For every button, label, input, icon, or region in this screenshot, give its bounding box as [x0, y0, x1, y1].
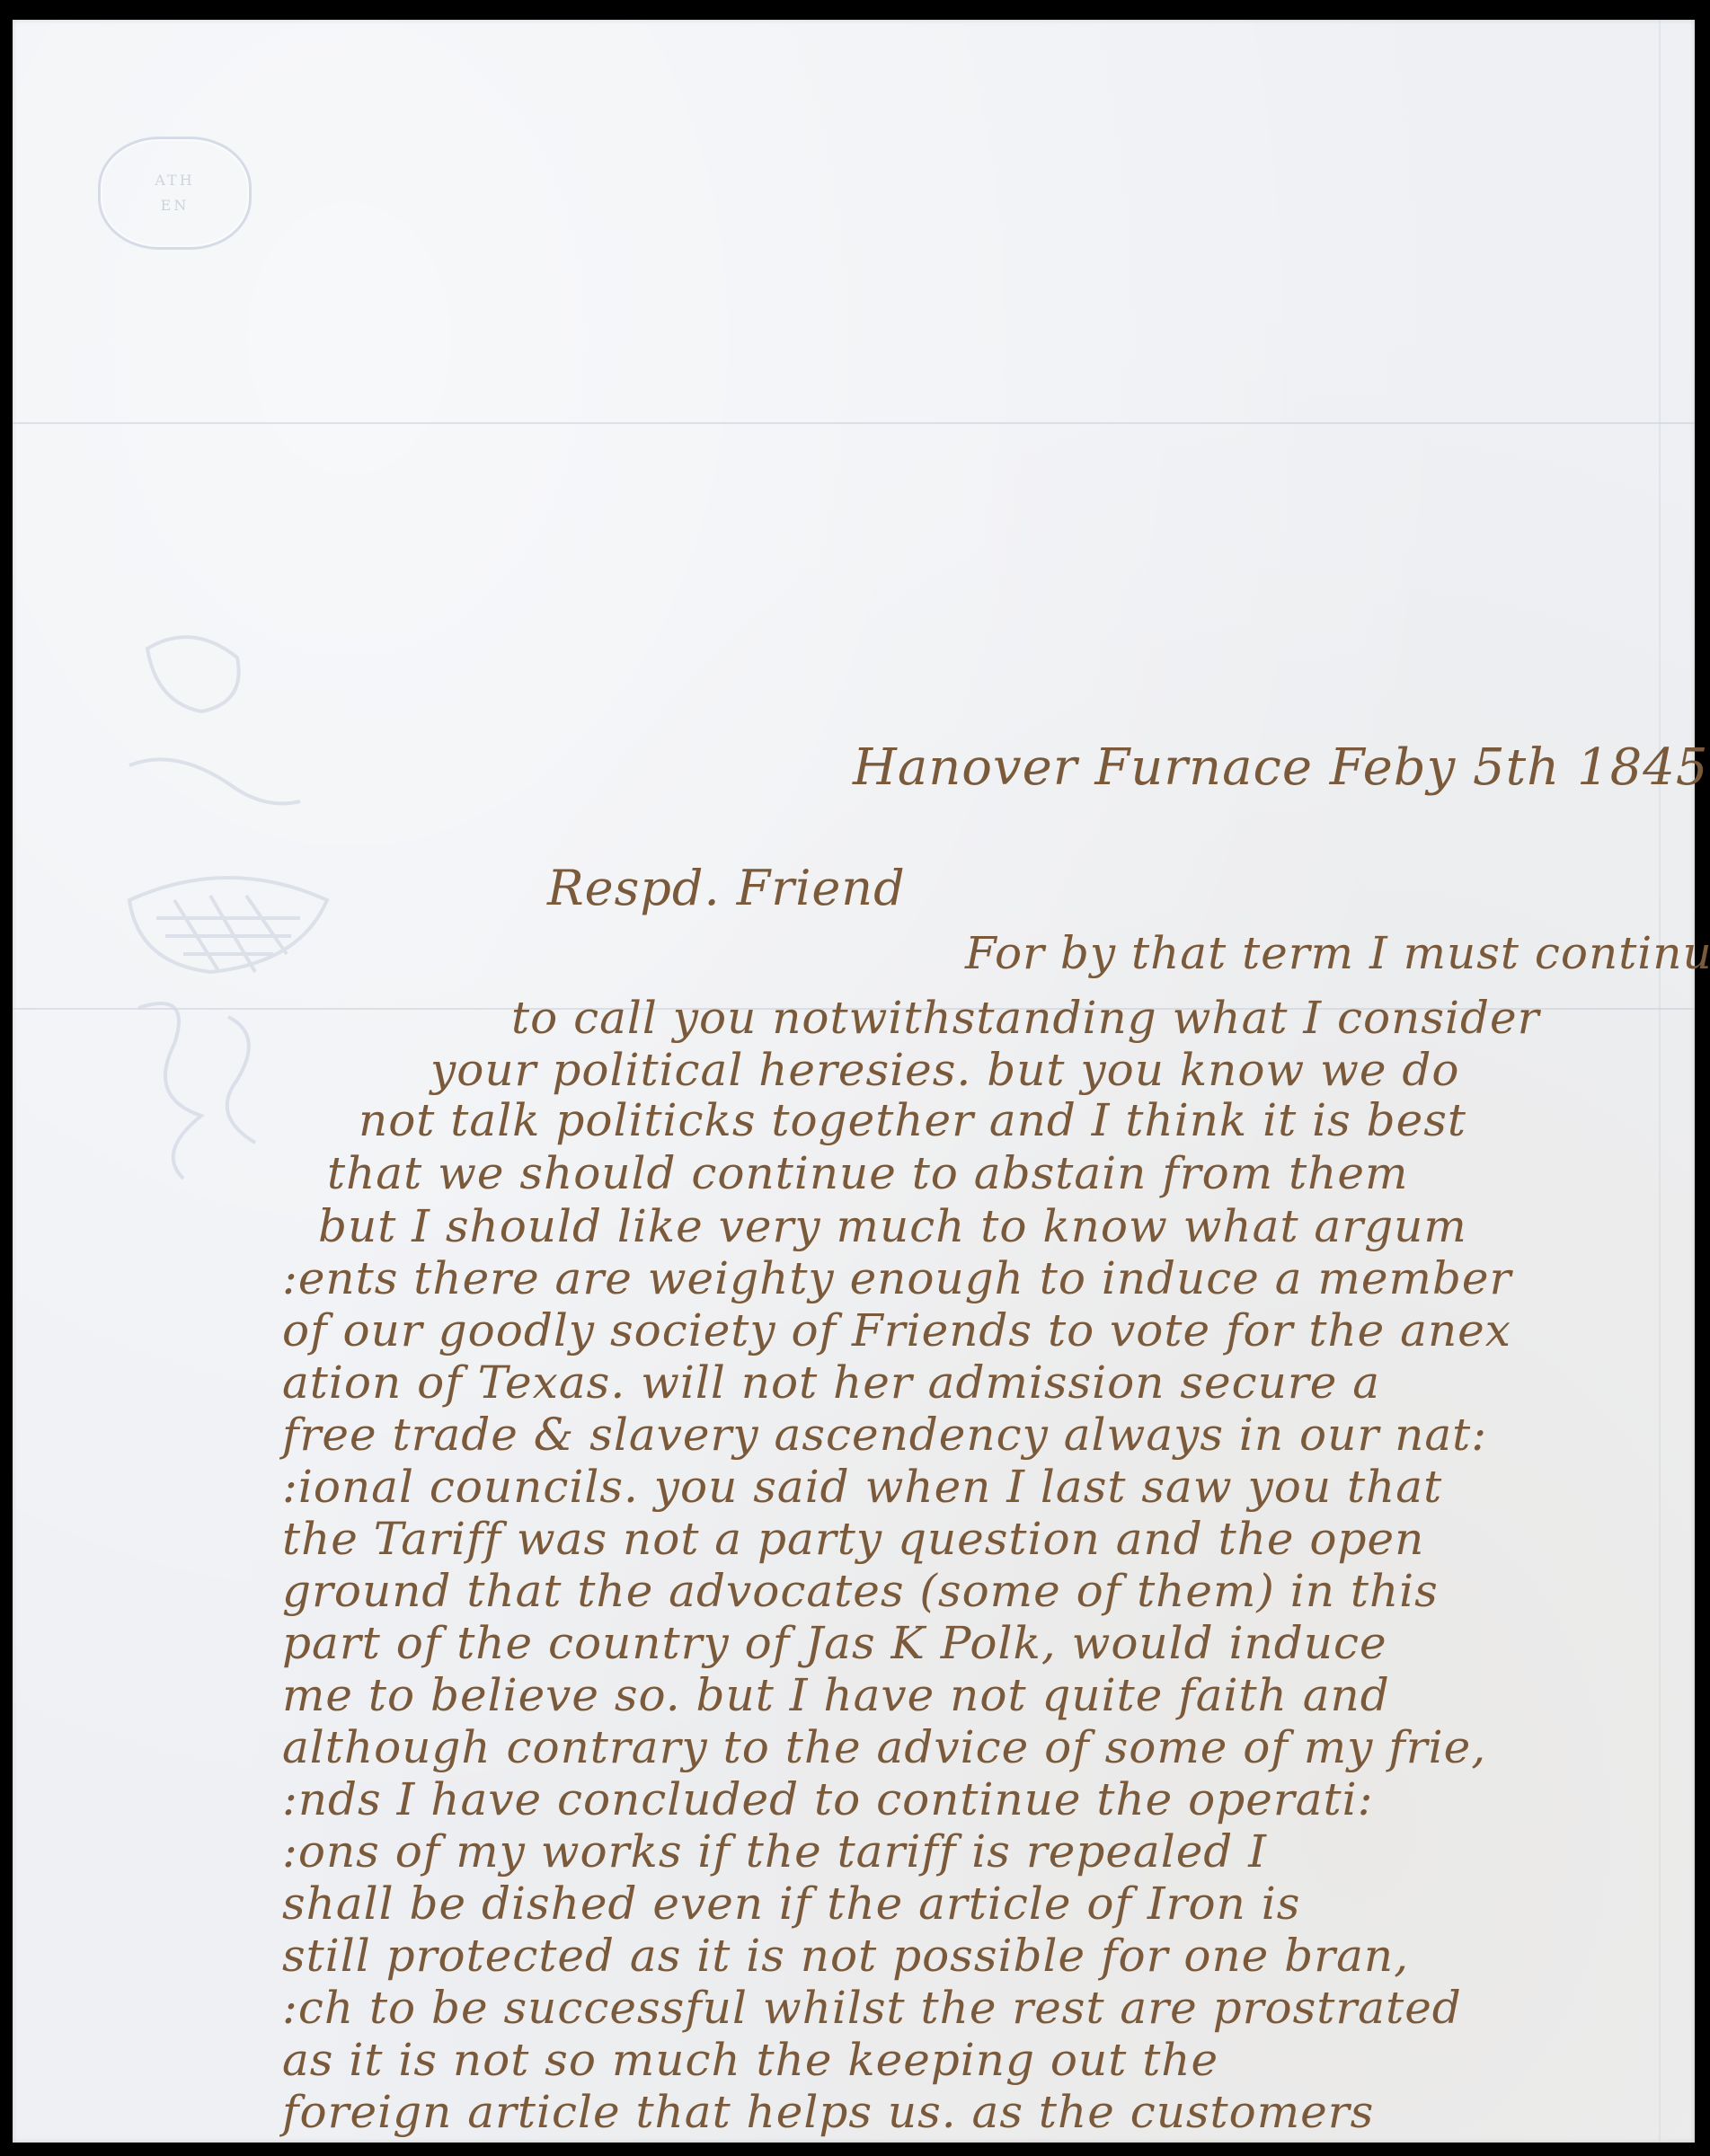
letter-line: For by that term I must continue: [965, 927, 1710, 979]
embossed-stationer-stamp-icon: ATH EN: [98, 137, 252, 250]
letter-line: as it is not so much the keeping out the: [282, 2034, 1218, 2086]
letter-line: :ch to be successful whilst the rest are…: [282, 1982, 1462, 2034]
letter-line: free trade & slavery ascendency always i…: [282, 1409, 1487, 1461]
letter-line: although contrary to the advice of some …: [282, 1721, 1486, 1773]
letter-salutation: Respd. Friend: [547, 860, 906, 916]
letter-line: foreign article that helps us. as the cu…: [282, 2086, 1374, 2138]
letter-line: that we should continue to abstain from …: [327, 1147, 1408, 1199]
letter-dateline: Hanover Furnace Feby 5th 1845: [853, 738, 1709, 797]
letter-line: but I should like very much to know what…: [318, 1200, 1467, 1252]
fold-line: [13, 422, 1695, 424]
letter-line: :nds I have concluded to continue the op…: [282, 1773, 1373, 1825]
letter-line: your political heresies. but you know we…: [430, 1044, 1460, 1096]
fold-line-vertical: [1659, 20, 1661, 2143]
embossed-crest-icon: [120, 631, 354, 1188]
stamp-text: EN: [101, 197, 249, 214]
letter-line: me to believe so. but I have not quite f…: [282, 1669, 1390, 1721]
letter-line: :ents there are weighty enough to induce…: [282, 1252, 1511, 1304]
letter-line: ation of Texas. will not her admission s…: [282, 1356, 1380, 1409]
letter-line: still protected as it is not possible fo…: [282, 1930, 1409, 1982]
letter-line: shall be dished even if the article of I…: [282, 1878, 1300, 1930]
letter-line: :ons of my works if the tariff is repeal…: [282, 1825, 1267, 1878]
stamp-text: ATH: [101, 172, 249, 189]
letter-line: part of the country of Jas K Polk, would…: [282, 1617, 1387, 1669]
letter-page: ATH EN Hanover Furnace Feby 5th 1845 Res…: [13, 20, 1695, 2143]
letter-line: the Tariff was not a party question and …: [282, 1513, 1424, 1565]
letter-line: not talk politicks together and I think …: [359, 1094, 1466, 1146]
letter-line: :ional councils. you said when I last sa…: [282, 1461, 1442, 1513]
letter-line: ground that the advocates (some of them)…: [282, 1565, 1439, 1617]
letter-line: to call you notwithstanding what I consi…: [511, 992, 1539, 1044]
letter-line: of our goodly society of Friends to vote…: [282, 1304, 1511, 1356]
